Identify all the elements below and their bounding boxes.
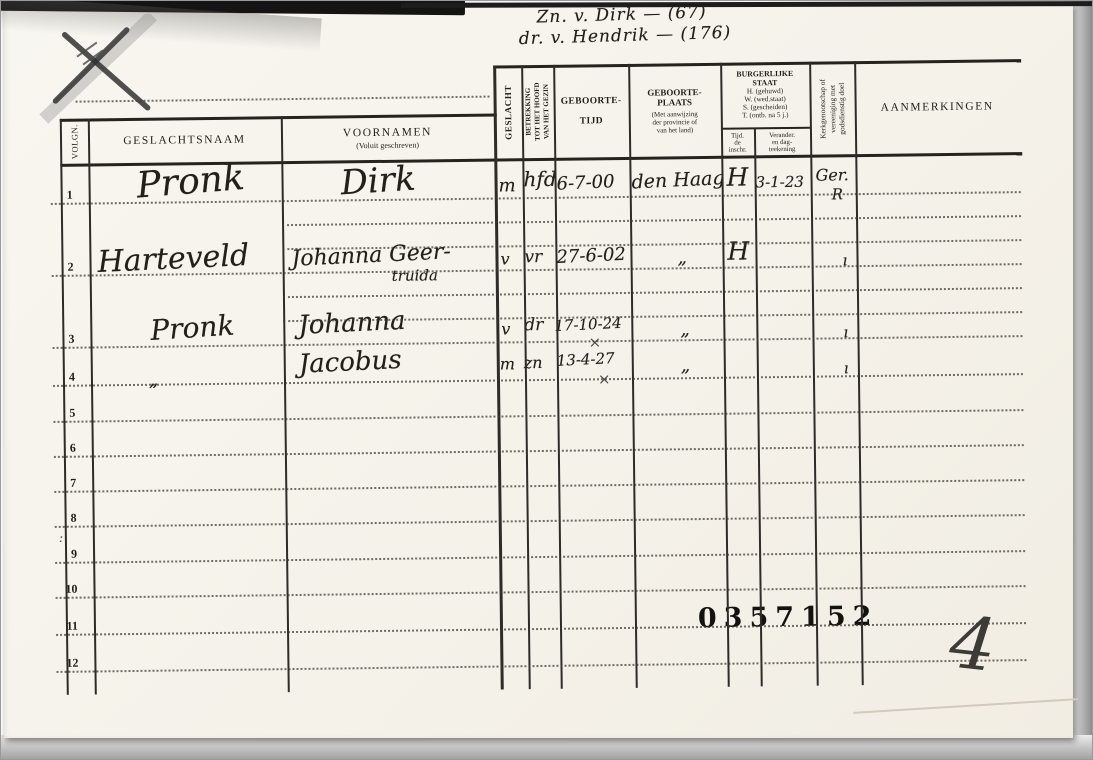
row4-birthdate: 13-4-27 [556,349,615,370]
register-card-content: Zn. v. Dirk — (67) dr. v. Hendrik — (176… [0,0,1093,748]
row1-civil-date: 3-1-23 [755,173,804,192]
row-number-3: 3 [50,332,74,347]
row-number-8: 8 [53,511,77,526]
row3-firstname: Johanna [298,306,407,341]
header-betrekking-line2: TOT HET HOOFD [533,83,543,141]
header-betrekking-line3: VAN HET GEZIN [542,83,552,141]
bottom-right-pencil-mark: 4 [946,599,1001,688]
header-burg-line1: BURGERLIJKE [736,69,793,79]
row3-birthplace-ditto: „ [680,319,690,340]
row2-civil-status: H [727,236,749,265]
table-rule-v1 [88,118,97,694]
header-geslacht: GESLACHT [493,65,522,159]
header-burg-sub-tijd: Tijd. de inschr. [721,128,754,156]
header-geslacht-label: GESLACHT [502,85,513,140]
header-voornamen: VOORNAMEN (Voluit geschreven) [281,114,495,163]
header-voornamen-sub: (Voluit geschreven) [356,140,419,150]
header-burg-sub-verander: Verander. en dag- teekening [754,128,810,157]
row4-surname-ditto: „ [149,370,159,391]
row-line-5 [53,409,1023,423]
header-kerk-line2: vereeniging met [827,78,837,138]
header-geboorteplaats-line1: GEBOORTE- [647,87,701,98]
header-geboorteplaats-line2: PLAATS [657,97,692,107]
row1-birthdate: 6-7-00 [556,171,615,195]
row3-surname: Pronk [149,309,235,347]
row-subline-3 [283,287,1022,298]
header-kerk-line3: godsdienstig doel [837,78,847,138]
header-geboortetijd: GEBOORTE- TIJD [553,64,629,159]
row-number-9: 9 [53,547,77,562]
header-geslachtsnaam: GESLACHTSNAAM [88,116,282,164]
header-volgn: VOLGN. [60,119,89,165]
row-number-7: 7 [52,476,76,491]
row2-birthplace-ditto: „ [677,247,687,268]
pencil-cross-mark [34,13,185,130]
table-rule-v2 [281,116,290,692]
row1-civil-status: H [726,162,748,191]
header-betrekking: BETREKKING TOT HET HOOFD VAN HET GEZIN [521,65,554,159]
row-number-2: 2 [49,260,73,275]
row4-birthplace-ditto: „ [681,355,691,376]
row-line-12 [57,659,1027,673]
row2-firstname-line2: truida [392,266,438,285]
scanned-register-card: Zn. v. Dirk — (67) dr. v. Hendrik — (176… [0,0,1093,760]
row1-sex: m [498,175,515,196]
row2-sex: v [500,249,509,268]
header-burg-sub-verander-line3: teekening [769,145,796,152]
header-volgn-label: VOLGN. [69,124,79,159]
header-burg-line6: T. (ontb. na 5 j.) [742,111,788,120]
row-line-8 [55,514,1025,528]
row2-relation: vr [524,247,542,267]
row-line-7 [54,479,1024,493]
row-subline-1 [282,215,1021,226]
row-number-4: 4 [51,370,75,385]
header-geboortetijd-line1: GEBOORTE- [561,96,622,107]
row-number-10: 10 [53,582,77,597]
row1-firstname: Dirk [339,159,416,204]
header-kerkgenootschap: Kerkgenootschap of vereeniging met godsd… [809,61,855,156]
row4-sex: m [500,354,515,373]
header-voornamen-label: VOORNAMEN [343,126,432,139]
row-line-9 [55,550,1025,564]
header-geboorteplaats: GEBOORTE- PLAATS (Met aanwijzing der pro… [628,63,721,158]
header-kerk-line1: Kerkgenootschap of [817,79,827,139]
row-line-4 [53,373,1023,387]
row2-birthdate: 27-6-02 [556,244,626,268]
header-geboorteplaats-sub3: van het land) [657,126,694,134]
row-line-10 [56,585,1026,599]
header-betrekking-line1: BETREKKING [524,83,534,141]
row-line-6 [54,444,1024,458]
row-line-11 [56,622,1026,636]
row4-firstname: Jacobus [298,345,402,380]
row8-pencil-mark: : [59,531,64,546]
row1-relation: hfd [523,167,556,191]
row3-sex: v [501,319,510,338]
header-burgerlijke-staat: BURGERLIJKE STAAT H. (gehuwd) W. (wed.st… [720,62,810,127]
row4-relation: zn [524,353,543,372]
registration-stamp-number: 0357152 [698,601,879,634]
row1-birthplace: den Haag [631,167,725,193]
row-number-1: 1 [49,188,73,203]
header-aanmerkingen: AANMERKINGEN [854,59,1020,155]
row-number-5: 5 [51,406,75,421]
header-burg-line2: STAAT [752,78,777,87]
row-number-12: 12 [54,656,78,671]
row-number-11: 11 [54,619,78,634]
row-number-6: 6 [52,441,76,456]
row1-church: Ger. [815,165,848,184]
header-geboortetijd-line2: TIJD [580,116,603,126]
header-burg-sub-tijd-line3: inschr. [729,146,747,153]
